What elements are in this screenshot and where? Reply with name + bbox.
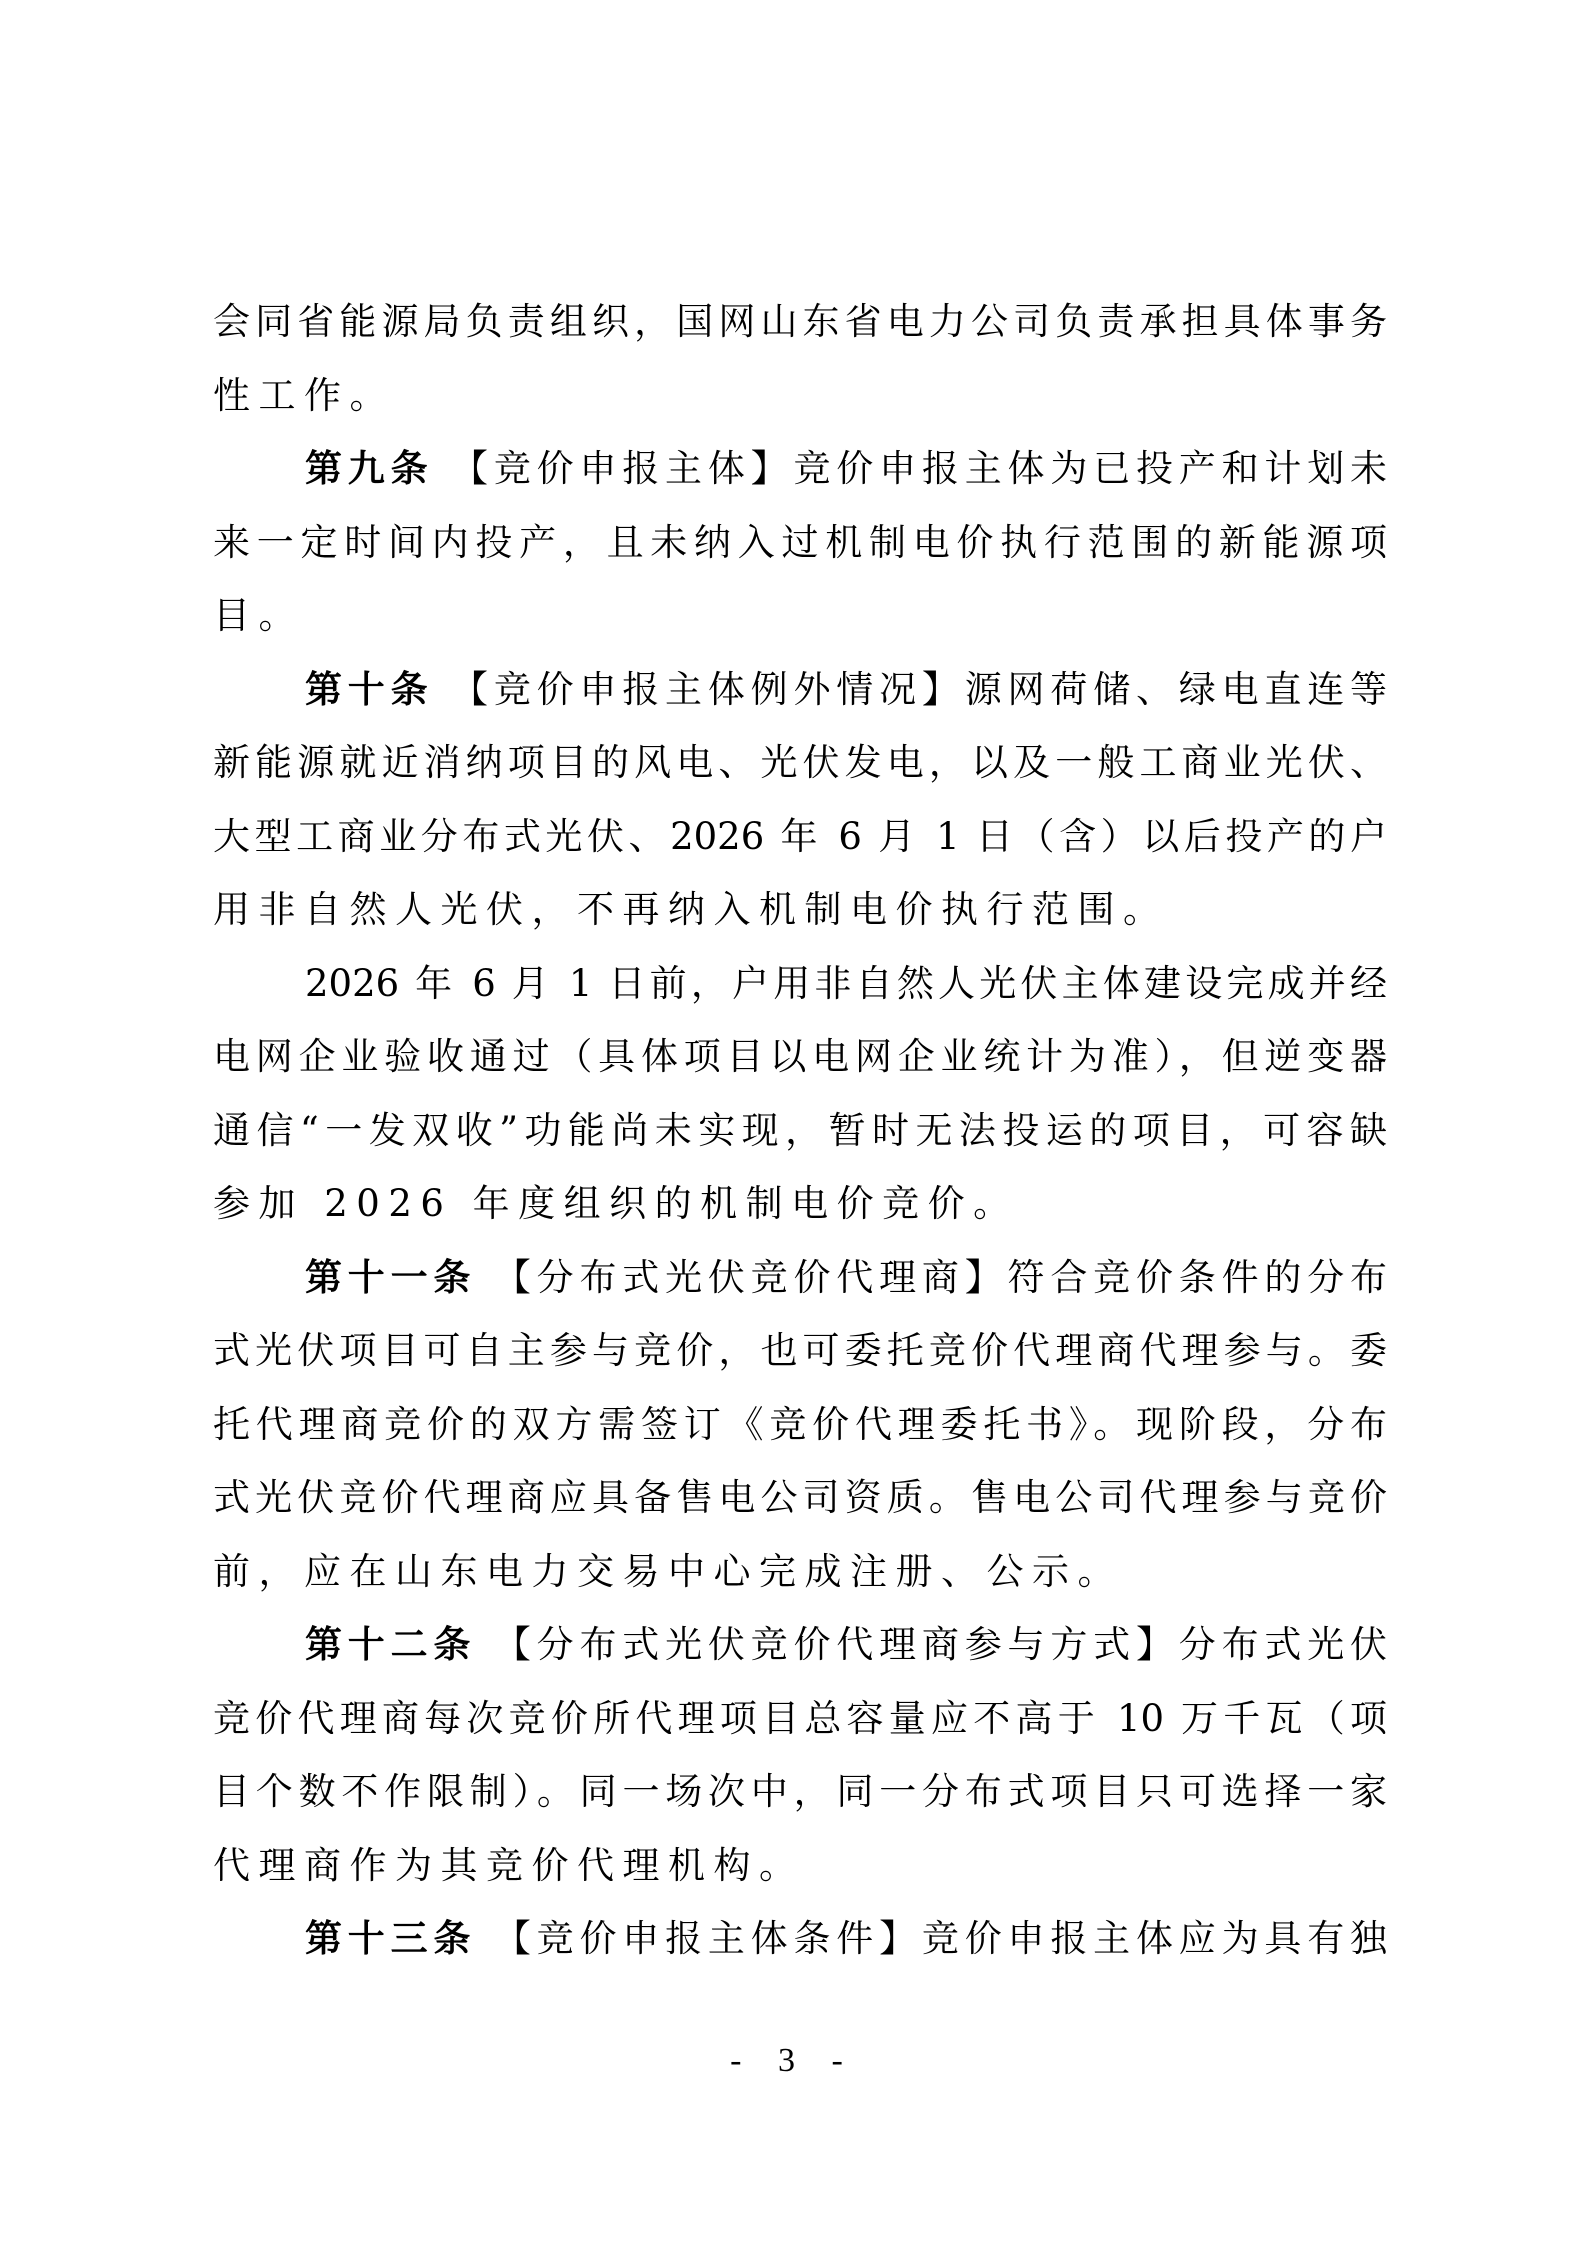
text-line: 来一定时间内投产，且未纳入过机制电价执行范围的新能源项 [213,506,1387,580]
article-title: 【分布式光伏竞价代理商】 [494,1256,1008,1299]
line-text: 前，应在山东电力交易中心完成注册、公示。 [213,1550,1123,1593]
text-line: 代理商作为其竞价代理机构。 [213,1829,1387,1903]
line-text: 分布式光伏 [1179,1623,1387,1666]
article-number: 第十二条 [305,1623,476,1666]
line-text: 参加 2026 年度组织的机制电价竞价。 [213,1182,1019,1225]
article-number: 第十一条 [305,1256,476,1299]
line-text: 符合竞价条件的分布 [1008,1256,1387,1299]
text-line: 新能源就近消纳项目的风电、光伏发电，以及一般工商业光伏、 [213,726,1387,800]
line-text: 用非自然人光伏，不再纳入机制电价执行范围。 [213,888,1169,931]
article-title: 【竞价申报主体例外情况】 [451,668,965,711]
article-number: 第十条 [305,668,433,711]
line-text: 竞价申报主体为已投产和计划未 [794,447,1388,490]
paragraph-first-line: 2026 年 6 月 1 日前，户用非自然人光伏主体建设完成并经 [213,947,1387,1021]
text-line: 性工作。 [213,359,1387,433]
text-line: 目。 [213,579,1387,653]
article-number: 第九条 [305,447,433,490]
article-title: 【分布式光伏竞价代理商参与方式】 [494,1623,1179,1666]
line-text: 新能源就近消纳项目的风电、光伏发电，以及一般工商业光伏、 [213,741,1387,784]
text-line: 式光伏竞价代理商应具备售电公司资质。售电公司代理参与竞价 [213,1461,1387,1535]
line-text: 式光伏项目可自主参与竞价，也可委托竞价代理商代理参与。委 [213,1329,1387,1372]
article-title: 【竞价申报主体条件】 [494,1917,922,1960]
text-line: 大型工商业分布式光伏、2026 年 6 月 1 日（含）以后投产的户 [213,800,1387,874]
text-line: 电网企业验收通过（具体项目以电网企业统计为准），但逆变器 [213,1020,1387,1094]
text-line: 参加 2026 年度组织的机制电价竞价。 [213,1167,1387,1241]
line-text: 竞价申报主体应为具有独 [922,1917,1387,1960]
article-12-heading-line: 第十二条 【分布式光伏竞价代理商参与方式】分布式光伏 [213,1608,1387,1682]
article-11-heading-line: 第十一条 【分布式光伏竞价代理商】符合竞价条件的分布 [213,1241,1387,1315]
text-line: 用非自然人光伏，不再纳入机制电价执行范围。 [213,873,1387,947]
line-text: 大型工商业分布式光伏、2026 年 6 月 1 日（含）以后投产的户 [213,815,1387,858]
line-text: 托代理商竞价的双方需签订《竞价代理委托书》。现阶段，分布 [213,1403,1387,1446]
article-title: 【竞价申报主体】 [451,447,793,490]
text-line: 竞价代理商每次竞价所代理项目总容量应不高于 10 万千瓦（项 [213,1682,1387,1756]
text-line: 托代理商竞价的双方需签订《竞价代理委托书》。现阶段，分布 [213,1388,1387,1462]
line-text: 通信“一发双收”功能尚未实现，暂时无法投运的项目，可容缺 [213,1109,1387,1152]
line-text: 来一定时间内投产，且未纳入过机制电价执行范围的新能源项 [213,521,1387,564]
text-line: 式光伏项目可自主参与竞价，也可委托竞价代理商代理参与。委 [213,1314,1387,1388]
article-number: 第十三条 [305,1917,476,1960]
line-text: 竞价代理商每次竞价所代理项目总容量应不高于 10 万千瓦（项 [213,1697,1387,1740]
line-text: 会同省能源局负责组织，国网山东省电力公司负责承担具体事务 [213,300,1387,343]
text-line: 会同省能源局负责组织，国网山东省电力公司负责承担具体事务 [213,285,1387,359]
line-text: 目个数不作限制）。同一场次中，同一分布式项目只可选择一家 [213,1770,1387,1813]
text-line: 通信“一发双收”功能尚未实现，暂时无法投运的项目，可容缺 [213,1094,1387,1168]
page-number: - 3 - [0,2042,1587,2080]
line-text: 代理商作为其竞价代理机构。 [213,1844,805,1887]
line-text: 源网荷储、绿电直连等 [965,668,1387,711]
article-9-heading-line: 第九条 【竞价申报主体】竞价申报主体为已投产和计划未 [213,432,1387,506]
text-line: 前，应在山东电力交易中心完成注册、公示。 [213,1535,1387,1609]
document-body: 会同省能源局负责组织，国网山东省电力公司负责承担具体事务 性工作。 第九条 【竞… [213,285,1387,1976]
article-10-heading-line: 第十条 【竞价申报主体例外情况】源网荷储、绿电直连等 [213,653,1387,727]
line-text: 2026 年 6 月 1 日前，户用非自然人光伏主体建设完成并经 [305,962,1387,1005]
line-text: 电网企业验收通过（具体项目以电网企业统计为准），但逆变器 [213,1035,1387,1078]
article-13-heading-line: 第十三条 【竞价申报主体条件】竞价申报主体应为具有独 [213,1902,1387,1976]
line-text: 式光伏竞价代理商应具备售电公司资质。售电公司代理参与竞价 [213,1476,1387,1519]
line-text: 目。 [213,594,304,637]
text-line: 目个数不作限制）。同一场次中，同一分布式项目只可选择一家 [213,1755,1387,1829]
line-text: 性工作。 [213,374,395,417]
